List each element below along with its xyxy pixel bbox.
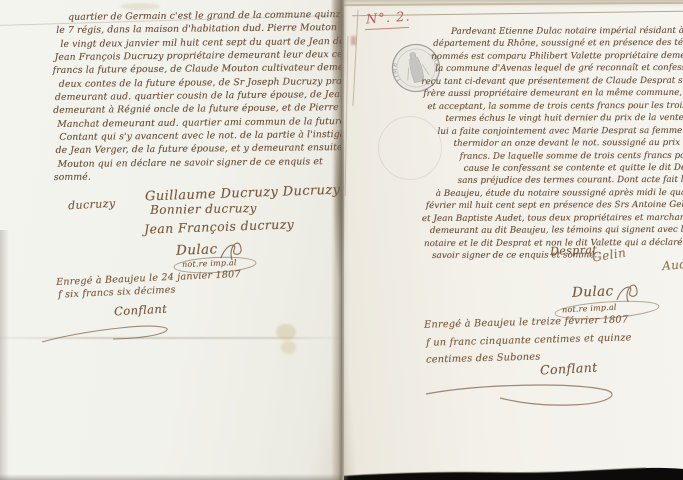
registrar-flourish-icon xyxy=(420,380,630,410)
page-edge-shading xyxy=(0,230,9,480)
manuscript-line: termes échus le vingt huit dernier du pr… xyxy=(445,112,677,125)
sheet-edge xyxy=(352,10,358,106)
manuscript-line: reçu tant ci-devant que présentement de … xyxy=(421,75,677,89)
left-page: quartier de Germain c'est le grand de la… xyxy=(0,0,341,480)
manuscript-line: Pardevant Etienne Dulac notaire impérial… xyxy=(451,25,677,38)
manuscript-line: lui a faite conjointement avec Marie Des… xyxy=(437,125,677,139)
manuscript-line: et acceptant, la somme de trois cents fr… xyxy=(427,100,677,114)
sheet-edge xyxy=(344,2,683,6)
manuscript-line: demeurant au dit Beaujeu, les témoins qu… xyxy=(430,224,678,238)
registration-line-1: Enregé à Beaujeu le treize février 1807 xyxy=(424,314,628,330)
manuscript-line: sommé. xyxy=(54,168,326,184)
right-page: N°. 2. TIMBRE FRANCAIS Pardevant Etienne… xyxy=(344,0,683,480)
manuscript-line: frère aussi propriétaire demeurant en la… xyxy=(423,87,677,101)
manuscript-line: février mil huit cent sept en présence d… xyxy=(426,199,678,213)
manuscript-line: sans préjudice des termes courant. Dont … xyxy=(458,174,678,187)
registrar-flourish-icon xyxy=(38,320,178,346)
registration-line-2: f un franc cinquante centimes et quinze xyxy=(426,332,632,348)
signature-ducruzy-small: ducruzy xyxy=(68,197,116,212)
page-gutter-shadow xyxy=(330,0,346,120)
manuscript-line: thermidor an onze devant le not. soussig… xyxy=(453,137,677,150)
folio-number: N°. 2. xyxy=(366,9,411,27)
left-page-body: quartier de Germain c'est le grand de la… xyxy=(52,8,326,184)
page-gutter-shadow xyxy=(333,130,346,280)
scan-black-edge xyxy=(344,464,683,480)
page-bottom-shadow xyxy=(0,474,341,480)
manuscript-line: département du Rhône, soussigné et en pr… xyxy=(433,37,677,51)
paper-stain xyxy=(281,341,296,354)
right-page-body: Pardevant Etienne Dulac notaire impérial… xyxy=(421,25,678,263)
document-scan: quartier de Germain c'est le grand de la… xyxy=(0,0,683,480)
manuscript-line: francs. De laquelle somme de trois cents… xyxy=(460,149,678,162)
manuscript-line: et Jean Baptiste Audet, tous deux propri… xyxy=(422,212,678,226)
signature-jean-francois-ducruzy: Jean François ducruzy xyxy=(144,216,295,236)
paper-stain xyxy=(276,324,296,340)
red-ink-bleed xyxy=(351,36,356,45)
folio-underline xyxy=(365,27,409,31)
signature-witness-cut: Aud xyxy=(661,257,683,273)
registration-line-3: centimes des Subones xyxy=(426,352,541,366)
signature-registrar-conflant: Conflant xyxy=(114,302,168,319)
signature-bonnier-ducruzy: Bonnier ducruzy xyxy=(150,201,257,217)
manuscript-line: la commune d'Avenas lequel de gré reconn… xyxy=(435,62,677,76)
manuscript-line: cause le confessant se contente et quitt… xyxy=(464,162,678,175)
manuscript-line: nommés est comparu Philibert Valette pro… xyxy=(431,50,677,64)
manuscript-line: à Beaujeu, étude du notaire soussigné ap… xyxy=(436,187,678,201)
signature-registrar-conflant: Conflant xyxy=(540,360,598,378)
